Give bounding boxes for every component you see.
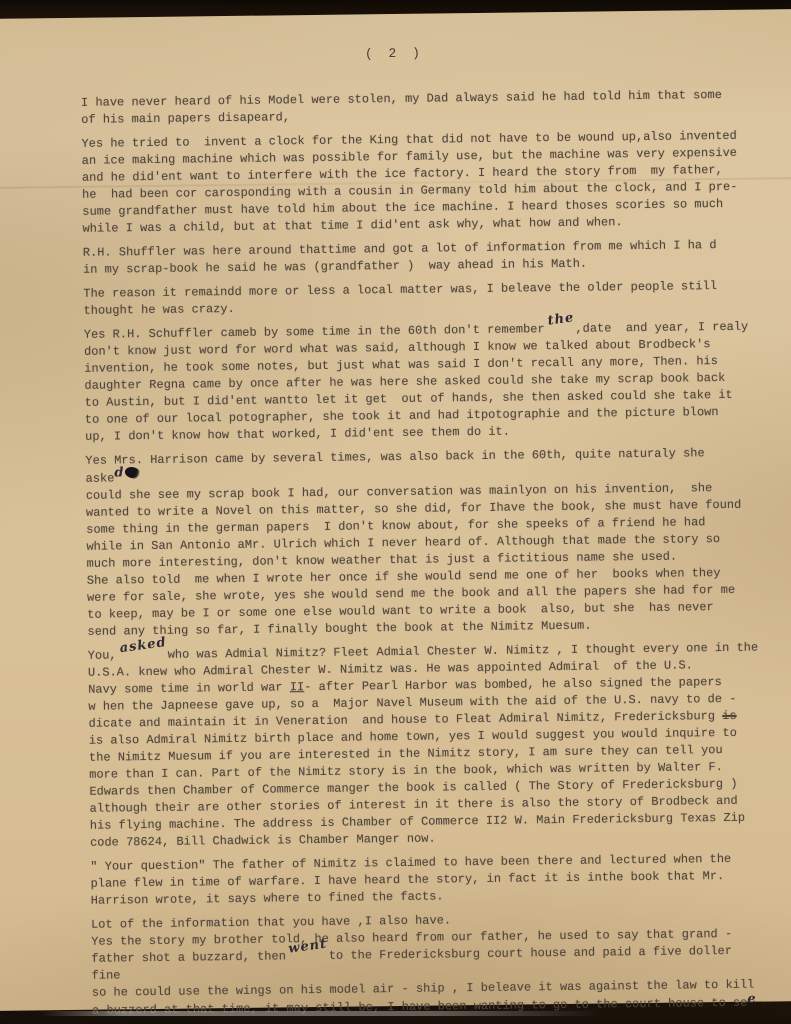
typed-text: could she see my scrap book I had, our c… <box>86 471 742 639</box>
typed-text: I have never heard of his Model were sto… <box>81 88 722 127</box>
letter-body: I have never heard of his Model were sto… <box>81 87 764 1020</box>
handwritten-correction-d: d <box>114 465 140 480</box>
handwritten-correction-e: e <box>747 992 756 1007</box>
handwritten-insertion-the: the <box>548 318 574 322</box>
paragraph: " Your question" The father of Nimitz is… <box>90 851 763 910</box>
paragraph: I have never heard of his Model were sto… <box>81 87 753 129</box>
table-edge <box>40 1011 600 1016</box>
photo-background: ( 2 ) I have never heard of his Model we… <box>0 0 791 1024</box>
typed-text: The reason it remaindd more or less a lo… <box>83 279 717 318</box>
paragraph: You,askedwho was Admial Nimitz? Fleet Ad… <box>88 640 762 852</box>
typed-text: Yes Mrs. Harrison came by several times,… <box>85 446 712 486</box>
handwritten-insertion-asked: asked <box>120 643 167 649</box>
typed-text: II <box>290 680 305 694</box>
struck-out-word: is <box>722 709 737 723</box>
typed-text: R.H. Shuffler was here around thattime a… <box>83 238 717 277</box>
handwritten-insertion-went: went <box>289 944 328 949</box>
paragraph: Yes R.H. Schuffler cameb by some time in… <box>84 319 757 446</box>
paragraph: R.H. Shuffler was here around thattime a… <box>83 237 755 279</box>
paragraph: The reason it remaindd more or less a lo… <box>83 278 755 320</box>
typed-text: You, <box>88 648 117 662</box>
typed-text: Yes R.H. Schuffler cameb by some time in… <box>84 322 545 342</box>
page-number: ( 2 ) <box>64 10 725 65</box>
typed-text: is also Admiral Nimitz birth place and h… <box>89 709 745 850</box>
letter-page: ( 2 ) I have never heard of his Model we… <box>0 9 791 1011</box>
paragraph: Yes Mrs. Harrison came by several times,… <box>85 445 759 641</box>
paragraph: Lot of the information that you have ,I … <box>91 909 764 1020</box>
typed-text: " Your question" The father of Nimitz is… <box>90 852 731 908</box>
